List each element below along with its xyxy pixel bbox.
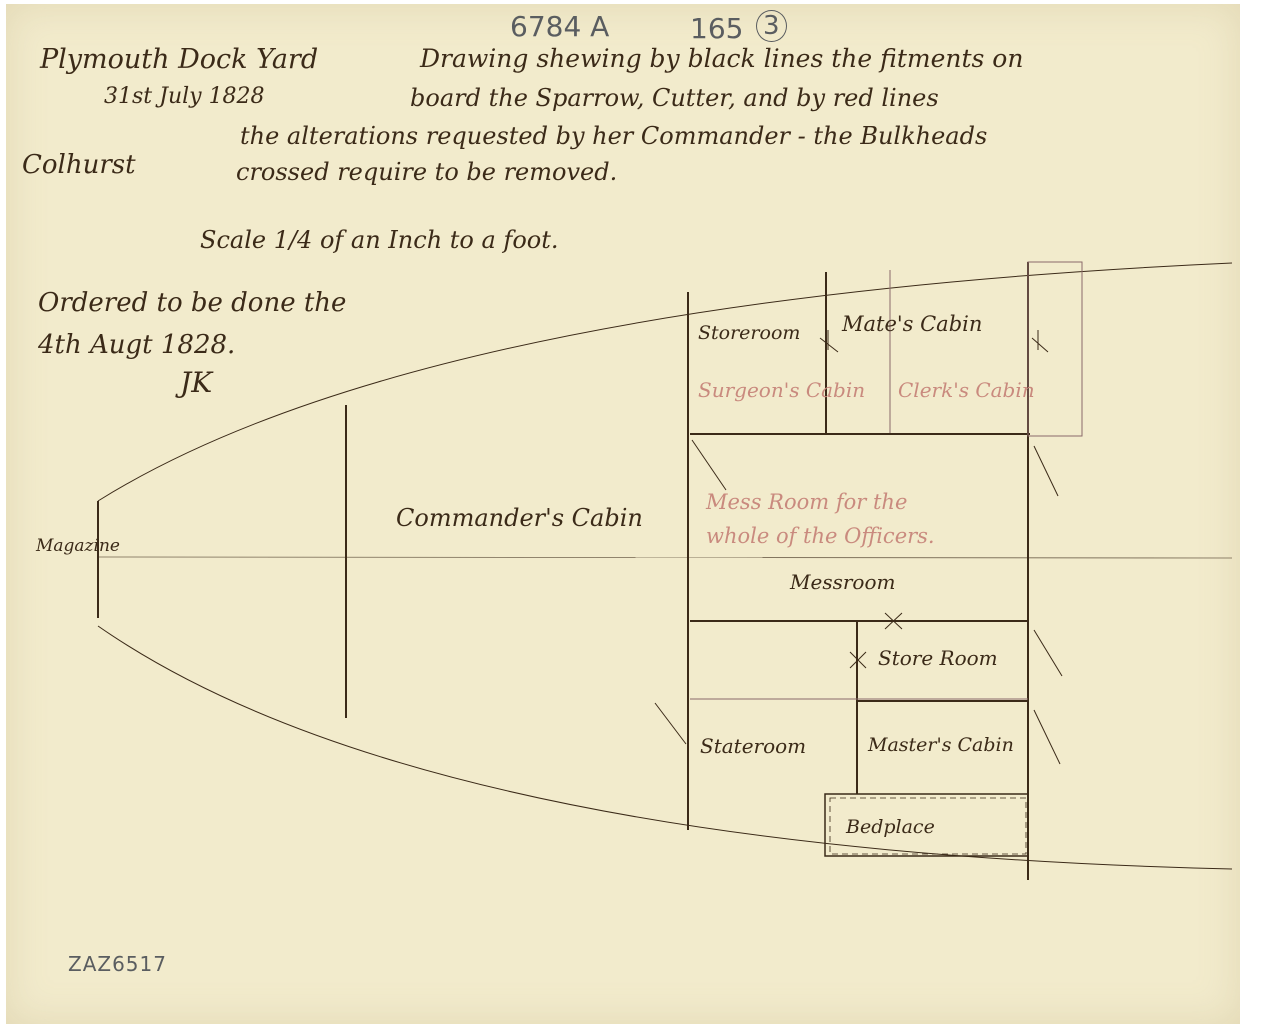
scale-note: Scale 1/4 of an Inch to a foot.	[200, 226, 559, 254]
catalogue-number: 6784 A	[510, 10, 609, 43]
room-label-store-room: Store Room	[878, 646, 998, 670]
order-initials: JK	[180, 366, 212, 399]
centre-line	[98, 557, 1232, 558]
room-label-magazine: Magazine	[36, 536, 120, 556]
room-label-storeroom: Storeroom	[698, 322, 800, 344]
folio-number: 165	[690, 12, 743, 45]
room-label-masters-cabin: Master's Cabin	[868, 734, 1014, 756]
title-line-1: Drawing shewing by black lines the fitme…	[420, 44, 1023, 73]
room-label-clerks-cabin: Clerk's Cabin	[898, 378, 1035, 402]
room-label-surgeons-cabin: Surgeon's Cabin	[698, 378, 865, 402]
folio-circled: 3	[756, 10, 787, 42]
room-label-stateroom: Stateroom	[700, 734, 806, 758]
title-line-4: crossed require to be removed.	[236, 158, 617, 186]
room-label-mess-room-line-1: Mess Room for the	[706, 490, 907, 514]
title-line-2: board the Sparrow, Cutter, and by red li…	[410, 84, 939, 112]
title-line-3: the alterations requested by her Command…	[240, 122, 987, 150]
room-label-bedplace: Bedplace	[846, 816, 935, 838]
room-label-mates-cabin: Mate's Cabin	[842, 312, 982, 336]
room-label-mess-room-line-2: whole of the Officers.	[706, 524, 935, 548]
room-label-commanders-cabin: Commander's Cabin	[396, 504, 643, 532]
heading-date: 31st July 1828	[104, 84, 265, 109]
order-note-line-1: Ordered to be done the	[38, 288, 346, 318]
room-label-messroom: Messroom	[790, 570, 895, 594]
order-note-line-2: 4th Augt 1828.	[38, 330, 235, 360]
archive-stamp: ZAZ6517	[68, 952, 167, 976]
hull-lower-line	[98, 626, 1232, 869]
heading-place: Plymouth Dock Yard	[40, 44, 318, 75]
signature: Colhurst	[22, 150, 136, 180]
